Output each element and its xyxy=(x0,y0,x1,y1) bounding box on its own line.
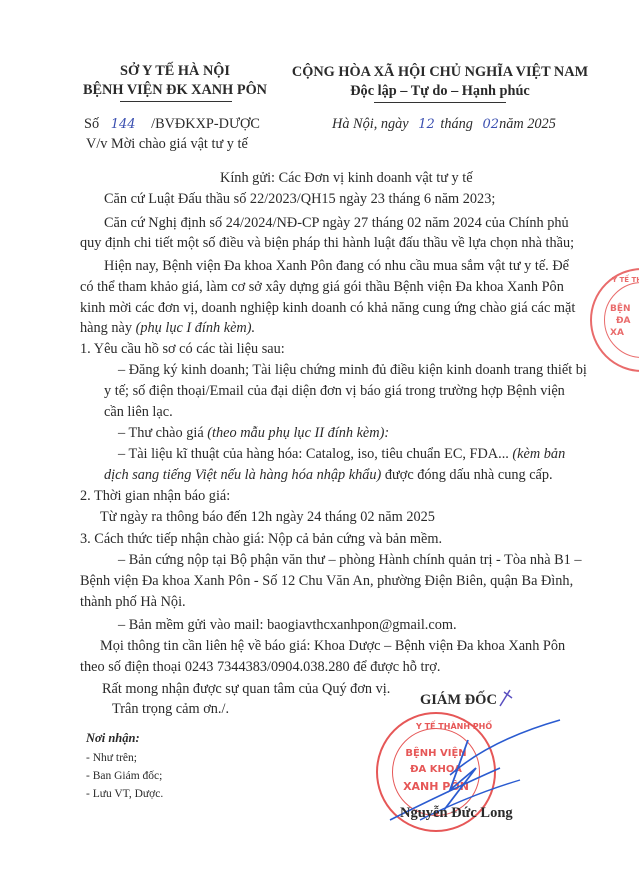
item-1-a-line-2: y tế; số điện thoại/Email của đại diện đ… xyxy=(104,383,565,400)
recipients-title: Nơi nhận: xyxy=(86,731,140,746)
side-stamp-line-2: ĐA xyxy=(616,316,631,326)
number-suffix: /BVĐKXP-DƯỢC xyxy=(151,116,260,132)
item-1-a-line-3: cần liên lạc. xyxy=(104,404,173,421)
greeting: Kính gửi: Các Đơn vị kinh doanh vật tư y… xyxy=(220,170,473,187)
intro-line-4: hàng này (phụ lục I đính kèm). xyxy=(80,320,255,337)
item-2-deadline: Từ ngày ra thông báo đến 12h ngày 24 thá… xyxy=(100,509,435,526)
closing-line-2: Trân trọng cảm ơn./. xyxy=(112,701,229,718)
contact-line-2: theo số điện thoại 0243 7344383/0904.038… xyxy=(80,659,440,676)
appendix-1-note: (phụ lục I đính kèm). xyxy=(136,320,256,336)
legal-basis-2-cont: quy định chi tiết một số điều và biện ph… xyxy=(80,235,574,252)
intro-line-1: Hiện nay, Bệnh viện Đa khoa Xanh Pôn đan… xyxy=(104,258,569,275)
translation-note-end: dịch sang tiếng Việt nếu là hàng hóa nhậ… xyxy=(104,467,381,483)
item-3-a-line-1: – Bản cứng nộp tại Bộ phận văn thư – phò… xyxy=(118,552,582,569)
side-stamp-line-1: BỆN xyxy=(610,304,631,314)
item-1-title: 1. Yêu cầu hồ sơ có các tài liệu sau: xyxy=(80,341,285,358)
item-3-a-line-2: Bệnh viện Đa khoa Xanh Pôn - Số 12 Chu V… xyxy=(80,573,573,590)
document-number: Số 144 /BVĐKXP-DƯỢC xyxy=(84,116,260,133)
item-3-title: 3. Cách thức tiếp nhận chào giá: Nộp cả … xyxy=(80,531,442,548)
legal-basis-1: Căn cứ Luật Đấu thầu số 22/2023/QH15 ngà… xyxy=(104,191,495,208)
motto-underline xyxy=(374,102,506,103)
side-stamp-fragment: Y TẾ THÀ BỆN ĐA XA xyxy=(590,268,639,372)
recipient-item: - Lưu VT, Dược. xyxy=(86,788,163,800)
item-1-c-suffix: được đóng dấu nhà cung cấp. xyxy=(381,467,552,483)
year-text: năm 2025 xyxy=(499,116,556,132)
legal-basis-2: Căn cứ Nghị định số 24/2024/NĐ-CP ngày 2… xyxy=(104,215,569,232)
item-1-b: – Thư chào giá (theo mẫu phụ lục II đính… xyxy=(118,425,389,442)
appendix-2-note: (theo mẫu phụ lục II đính kèm): xyxy=(207,425,389,441)
national-motto: Độc lập – Tự do – Hạnh phúc xyxy=(290,83,590,100)
intro-line-2: có thể tham khảo giá, làm cơ sở xây dựng… xyxy=(80,279,564,296)
item-3-b-email: – Bản mềm gửi vào mail: baogiavthcxanhpo… xyxy=(118,617,457,634)
item-3-a-line-3: thành phố Hà Nội. xyxy=(80,594,186,611)
place-date-prefix: Hà Nội, ngày xyxy=(332,116,409,132)
side-stamp-ring-text: Y TẾ THÀ xyxy=(612,276,639,284)
item-1-c-line-1: – Tài liệu kĩ thuật của hàng hóa: Catalo… xyxy=(118,446,565,463)
contact-line-1: Mọi thông tin cần liên hệ về báo giá: Kh… xyxy=(100,638,565,655)
department-name: SỞ Y TẾ HÀ NỘI xyxy=(90,63,260,80)
recipient-item: - Như trên; xyxy=(86,752,137,764)
document-subject: V/v Mời chào giá vật tư y tế xyxy=(86,136,248,153)
number-label: Số xyxy=(84,116,99,132)
item-1-a-line-1: – Đăng ký kinh doanh; Tài liệu chứng min… xyxy=(118,362,587,379)
day-handwritten: 12 xyxy=(418,117,435,132)
intro-line-3: kinh mời các đơn vị, doanh nghiệp kinh d… xyxy=(80,300,575,317)
closing-line-1: Rất mong nhận được sự quan tâm của Quý đ… xyxy=(102,681,390,698)
hospital-underline xyxy=(120,101,232,102)
place-date: Hà Nội, ngày 12 tháng 02năm 2025 xyxy=(332,116,556,133)
intro-line-4-text: hàng này xyxy=(80,320,136,336)
item-1-c-text: – Tài liệu kĩ thuật của hàng hóa: Catalo… xyxy=(118,446,512,462)
recipient-item: - Ban Giám đốc; xyxy=(86,770,162,782)
item-1-c-line-2: dịch sang tiếng Việt nếu là hàng hóa nhậ… xyxy=(104,467,553,484)
item-2-title: 2. Thời gian nhận báo giá: xyxy=(80,488,230,505)
country-name: CỘNG HÒA XÃ HỘI CHỦ NGHĨA VIỆT NAM xyxy=(290,64,590,81)
translation-note-start: (kèm bản xyxy=(512,446,565,462)
month-handwritten: 02 xyxy=(483,117,500,132)
signer-name: Nguyễn Đức Long xyxy=(400,805,513,822)
number-handwritten: 144 xyxy=(111,117,136,132)
month-label: tháng xyxy=(440,116,473,132)
side-stamp-line-3: XA xyxy=(610,328,624,338)
hospital-name: BỆNH VIỆN ĐK XANH PÔN xyxy=(72,82,278,99)
item-1-b-text: – Thư chào giá xyxy=(118,425,207,441)
